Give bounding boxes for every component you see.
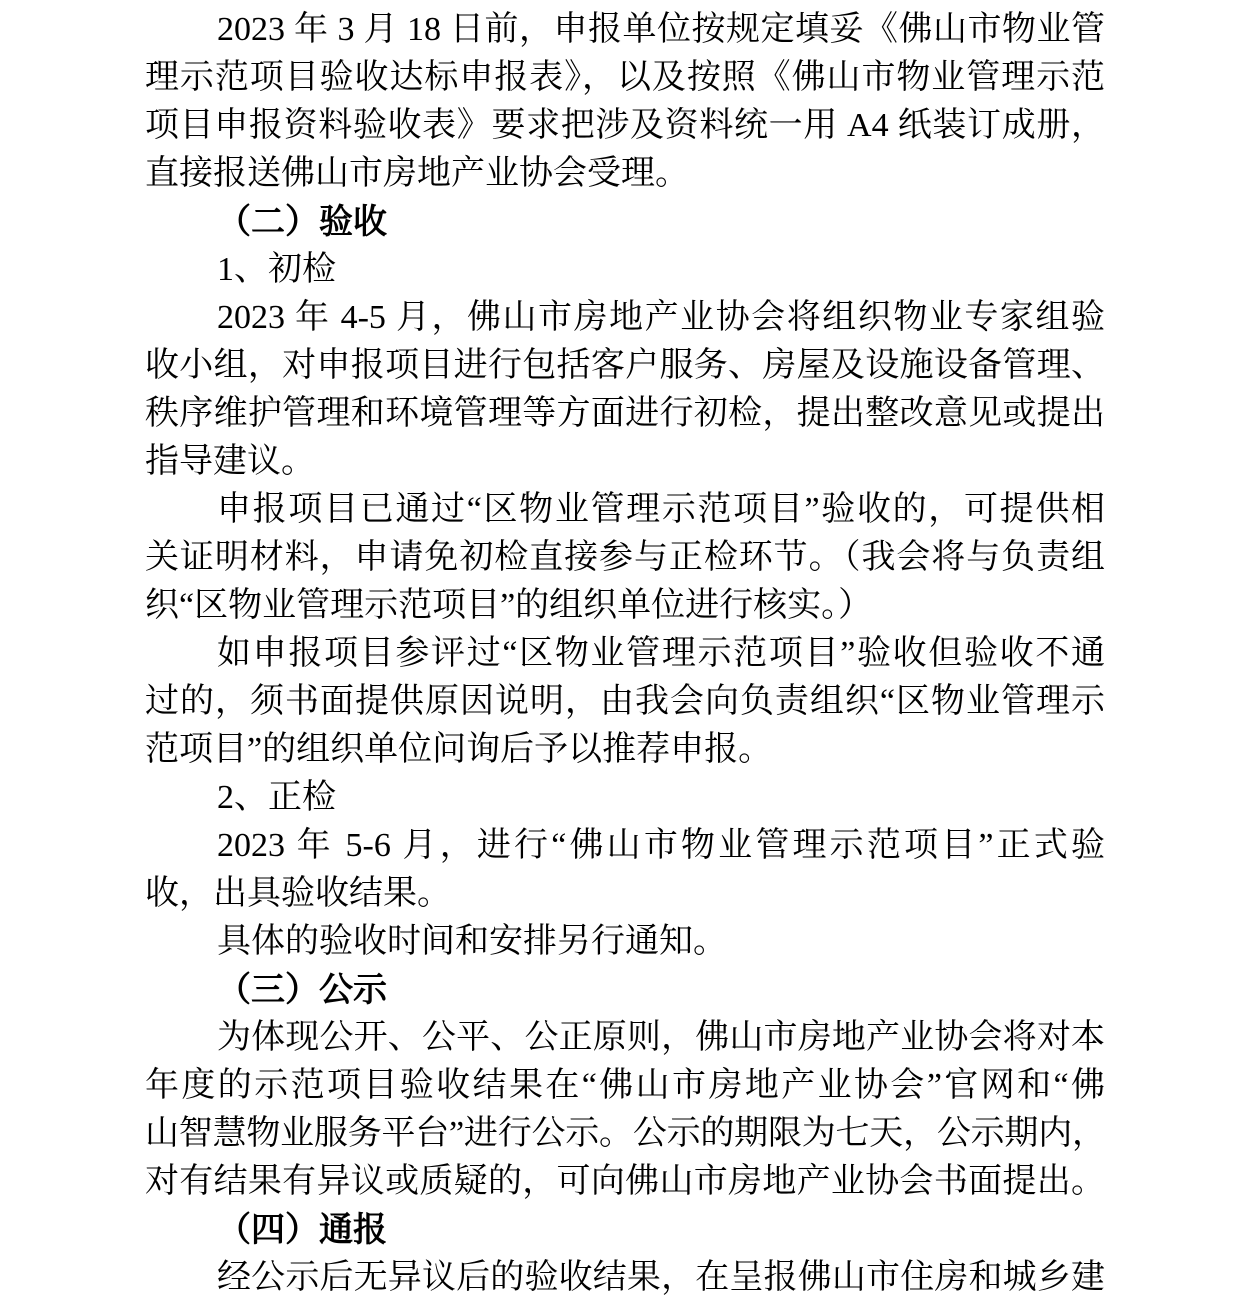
paragraph-line: 指导建议。	[145, 438, 1105, 486]
subsection-heading-initial-check: 1、初检	[145, 246, 1105, 294]
paragraph-line: 2023 年 3 月 18 日前，申报单位按规定填妥《佛山市物业管	[145, 6, 1105, 54]
paragraph-line: 收小组，对申报项目进行包括客户服务、房屋及设施设备管理、	[145, 342, 1105, 390]
paragraph-line: 具体的验收时间和安排另行通知。	[145, 918, 1105, 966]
paragraph-line: 项目申报资料验收表》要求把涉及资料统一用 A4 纸装订成册，	[145, 102, 1105, 150]
paragraph-line: 织“区物业管理示范项目”的组织单位进行核实。）	[145, 582, 1105, 630]
paragraph-line: 山智慧物业服务平台”进行公示。公示的期限为七天，公示期内，	[145, 1110, 1105, 1158]
paragraph-line: 对有结果有异议或质疑的，可向佛山市房地产业协会书面提出。	[145, 1158, 1105, 1206]
paragraph-line: 2023 年 5-6 月，进行“佛山市物业管理示范项目”正式验	[145, 822, 1105, 870]
paragraph-line: 过的，须书面提供原因说明，由我会向负责组织“区物业管理示	[145, 678, 1105, 726]
section-heading-notification: （四）通报	[145, 1206, 1105, 1254]
paragraph-line: 范项目”的组织单位问询后予以推荐申报。	[145, 726, 1105, 774]
paragraph-line: 年度的示范项目验收结果在“佛山市房地产业协会”官网和“佛	[145, 1062, 1105, 1110]
paragraph-line: 收，出具验收结果。	[145, 870, 1105, 918]
subsection-heading-formal-check: 2、正检	[145, 774, 1105, 822]
document-page: 2023 年 3 月 18 日前，申报单位按规定填妥《佛山市物业管 理示范项目验…	[145, 0, 1105, 1296]
section-heading-publicity: （三）公示	[145, 966, 1105, 1014]
paragraph-line: 申报项目已通过“区物业管理示范项目”验收的，可提供相	[145, 486, 1105, 534]
section-heading-acceptance: （二）验收	[145, 198, 1105, 246]
paragraph-line: 理示范项目验收达标申报表》，以及按照《佛山市物业管理示范	[145, 54, 1105, 102]
paragraph-line: 如申报项目参评过“区物业管理示范项目”验收但验收不通	[145, 630, 1105, 678]
paragraph-line: 为体现公开、公平、公正原则，佛山市房地产业协会将对本	[145, 1014, 1105, 1062]
paragraph-line: 直接报送佛山市房地产业协会受理。	[145, 150, 1105, 198]
paragraph-line: 关证明材料，申请免初检直接参与正检环节。（我会将与负责组	[145, 534, 1105, 582]
paragraph-line: 经公示后无异议后的验收结果，在呈报佛山市住房和城乡建	[145, 1254, 1105, 1296]
paragraph-line: 2023 年 4-5 月，佛山市房地产业协会将组织物业专家组验	[145, 294, 1105, 342]
paragraph-line: 秩序维护管理和环境管理等方面进行初检，提出整改意见或提出	[145, 390, 1105, 438]
